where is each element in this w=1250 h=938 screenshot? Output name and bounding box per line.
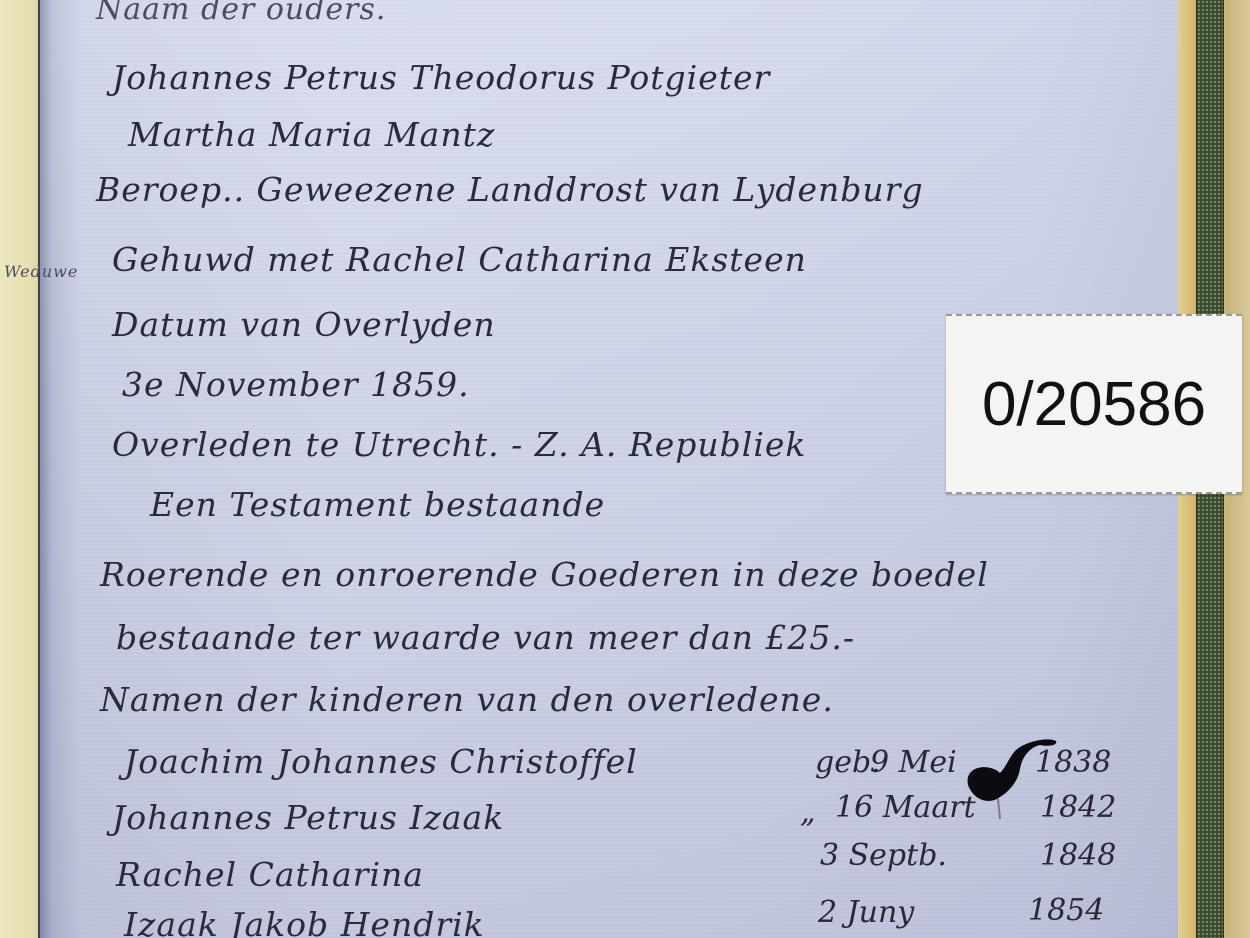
child-birth-date-2: 16 Maart — [835, 790, 976, 825]
margin-note: Weduwe — [4, 262, 78, 281]
backing-board-left — [0, 0, 40, 938]
child-birth-date-4: 2 Juny — [818, 895, 914, 930]
estate-value-line: bestaande ter waarde van meer dan £25.- — [116, 618, 855, 657]
archive-reference-number: 0/20586 — [982, 369, 1206, 440]
occupation: Beroep.. Geweezene Landdrost van Lydenbu… — [96, 170, 924, 209]
child-name-2: Johannes Petrus Izaak — [112, 798, 504, 837]
heading-parents: Naam der ouders. — [96, 0, 386, 27]
date-of-death: 3e November 1859. — [122, 365, 470, 404]
mother-name: Martha Maria Mantz — [128, 115, 495, 154]
testament-line: Een Testament bestaande — [150, 485, 605, 524]
heading-children: Namen der kinderen van den overledene. — [100, 680, 834, 719]
child-name-4: Izaak Jakob Hendrik — [124, 905, 485, 938]
married-to: Gehuwd met Rachel Catharina Eksteen — [112, 240, 807, 279]
child-birth-year-3: 1848 — [1040, 838, 1116, 873]
child-birth-date-3: 3 Septb. — [820, 838, 947, 873]
father-name: Johannes Petrus Theodorus Potgieter — [112, 58, 770, 97]
heading-date-of-death: Datum van Overlyden — [112, 305, 496, 344]
child-birth-prefix-2: „ — [800, 795, 816, 830]
place-of-death: Overleden te Utrecht. - Z. A. Republiek — [112, 425, 806, 464]
child-birth-date-1: 9 Mei — [870, 745, 957, 780]
child-name-1: Joachim Johannes Christoffel — [124, 742, 638, 781]
archive-reference-label: 0/20586 — [946, 314, 1242, 494]
ink-blot — [960, 735, 1060, 825]
estate-goods-line: Roerende en onroerende Goederen in deze … — [100, 555, 989, 594]
child-birth-year-4: 1854 — [1028, 893, 1104, 928]
child-name-3: Rachel Catharina — [116, 855, 424, 894]
